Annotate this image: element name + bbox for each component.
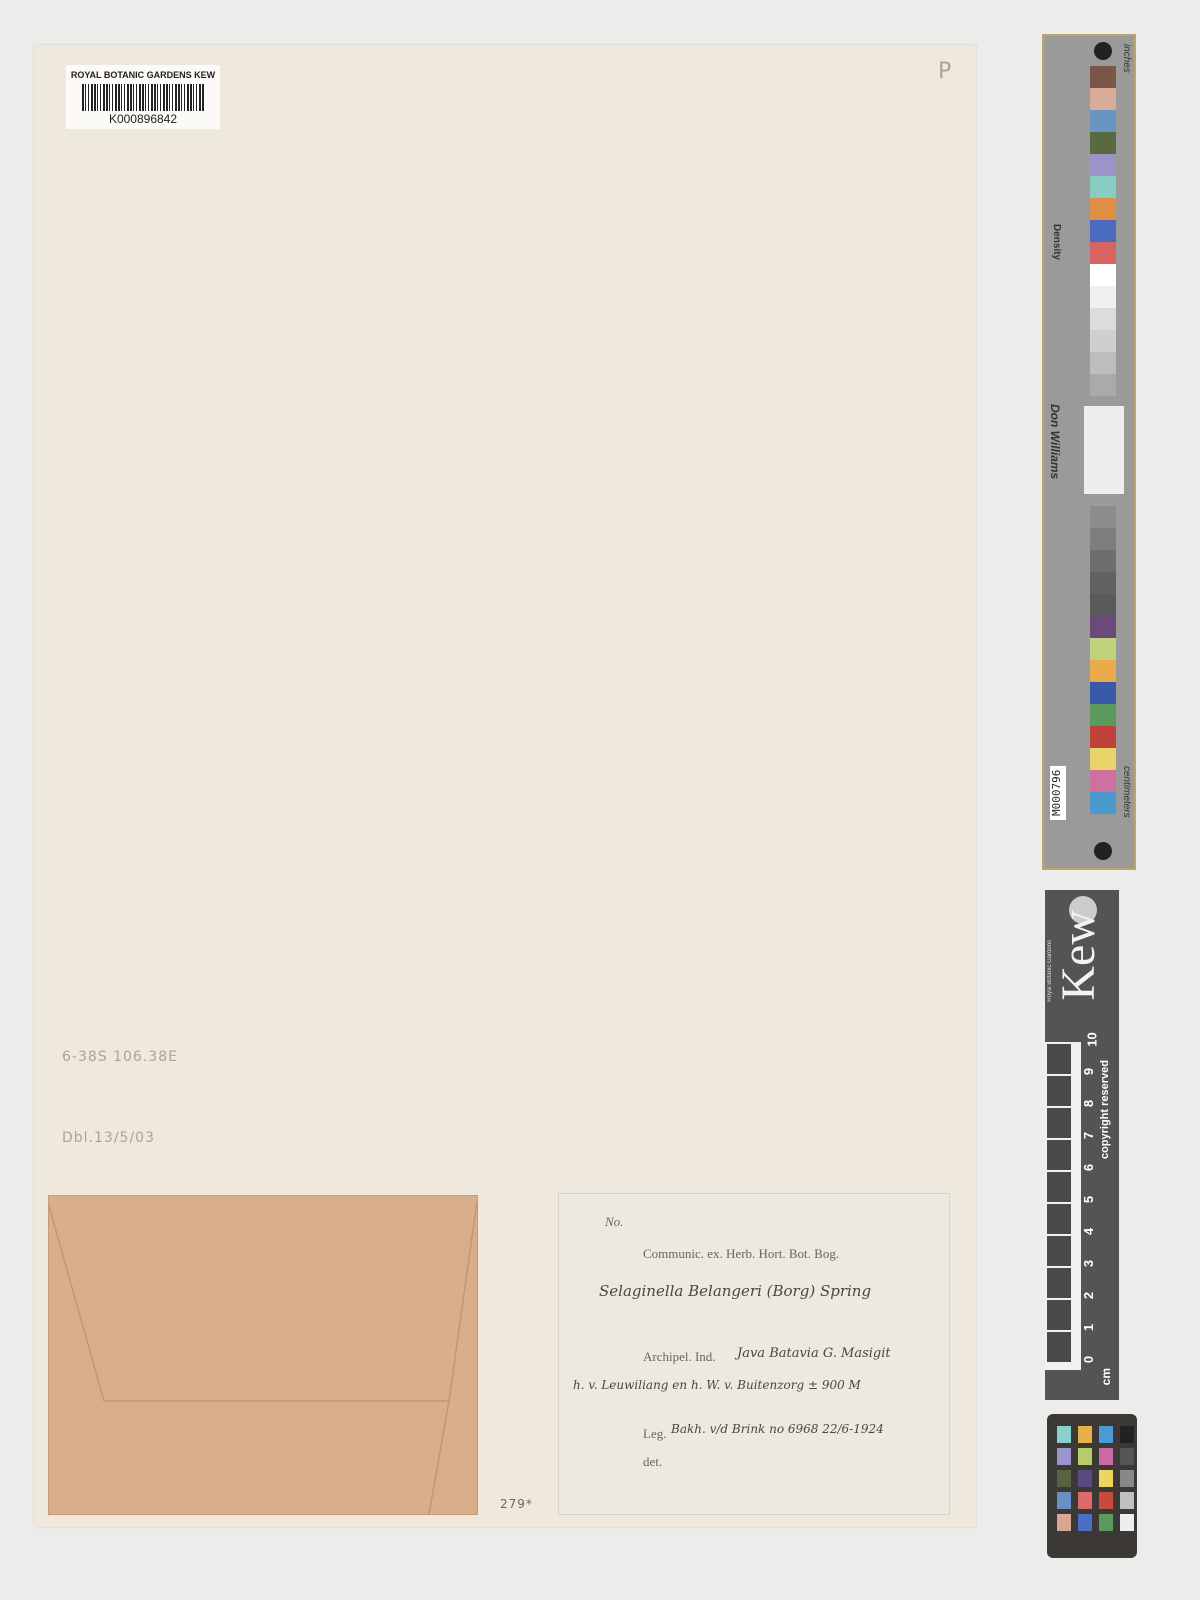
scale-segment (1047, 1140, 1071, 1170)
kew-logo: Kew (1051, 910, 1106, 1001)
checker-patch (1078, 1426, 1092, 1443)
color-swatch (1090, 660, 1116, 682)
scale-tick-label: 9 (1081, 1068, 1096, 1075)
scale-tick-label: 2 (1081, 1292, 1096, 1299)
barcode-institution: ROYAL BOTANIC GARDENS KEW (66, 70, 220, 80)
scale-tick-label: 1 (1081, 1324, 1096, 1331)
checker-patch (1078, 1470, 1092, 1487)
scale-tick-label: 6 (1081, 1164, 1096, 1171)
checker-patch (1057, 1448, 1071, 1465)
scale-tick-label: 3 (1081, 1260, 1096, 1267)
checker-patch (1078, 1448, 1092, 1465)
checker-patch (1099, 1514, 1113, 1531)
barcode-number: K000896842 (66, 112, 220, 126)
color-swatch (1090, 176, 1116, 198)
label-taxon: Selaginella Belangeri (Borg) Spring (599, 1282, 871, 1300)
chart-brand: Don Williams (1048, 404, 1062, 479)
kew-scale-bar: Royal Botanic Gardens Kew 012345678910 c… (1045, 890, 1119, 1400)
registration-dot-icon (1094, 42, 1112, 60)
color-swatch (1090, 154, 1116, 176)
color-swatch (1090, 110, 1116, 132)
scale-segment (1047, 1204, 1071, 1234)
chart-inches-label: inches (1121, 44, 1132, 73)
color-swatch (1090, 748, 1116, 770)
coordinates-note: 6-38S 106.38E (62, 1049, 178, 1065)
label-collector: Bakh. v/d Brink no 6968 22/6-1924 (671, 1422, 884, 1436)
color-swatch (1090, 242, 1116, 264)
scale-tick-label: 5 (1081, 1196, 1096, 1203)
scale-tick-label: 10 (1085, 1032, 1100, 1046)
copyright-notice: copyright reserved (1099, 1060, 1111, 1159)
cm-scale-ruler (1045, 1042, 1081, 1370)
barcode-icon (82, 84, 204, 111)
color-swatch (1090, 550, 1116, 572)
label-locality-line2: h. v. Leuwiliang en h. W. v. Buitenzorg … (573, 1378, 861, 1392)
chart-id: M000796 (1050, 766, 1066, 820)
corner-mark: P (938, 59, 952, 84)
checker-patch (1099, 1492, 1113, 1509)
color-swatch (1090, 330, 1116, 352)
color-calibration-chart: inches centimeters Density Don Williams … (1042, 34, 1136, 870)
scale-tick-label: 0 (1081, 1356, 1096, 1363)
envelope-flap-icon (49, 1196, 477, 1514)
checker-patch (1120, 1426, 1134, 1443)
chart-cm-label: centimeters (1121, 766, 1132, 818)
color-swatch (1090, 704, 1116, 726)
color-swatch (1090, 682, 1116, 704)
color-swatch (1090, 286, 1116, 308)
color-swatches-bottom (1090, 506, 1116, 814)
checker-patch (1057, 1514, 1071, 1531)
color-swatch (1090, 638, 1116, 660)
color-swatch (1090, 572, 1116, 594)
checker-patch (1078, 1492, 1092, 1509)
color-swatch (1090, 506, 1116, 528)
color-swatch (1090, 88, 1116, 110)
checker-patch (1120, 1448, 1134, 1465)
scale-segment (1047, 1076, 1071, 1106)
checker-patch (1099, 1470, 1113, 1487)
color-swatch (1090, 308, 1116, 330)
scale-segment (1047, 1172, 1071, 1202)
color-swatch (1090, 198, 1116, 220)
label-no: No. (605, 1214, 623, 1230)
color-checker-card (1047, 1414, 1137, 1558)
color-swatch (1090, 264, 1116, 286)
scale-segment (1047, 1044, 1071, 1074)
color-swatch (1090, 374, 1116, 396)
checker-patch (1120, 1470, 1134, 1487)
label-leg-prefix: Leg. (643, 1426, 666, 1442)
scale-segment (1047, 1268, 1071, 1298)
scale-tick-label: 4 (1081, 1228, 1096, 1235)
scale-segment (1047, 1300, 1071, 1330)
label-header: Communic. ex. Herb. Hort. Bot. Bog. (643, 1246, 839, 1262)
color-swatch (1090, 594, 1116, 616)
scale-segment (1047, 1332, 1071, 1362)
checker-patch (1057, 1426, 1071, 1443)
registration-dot-icon (1094, 842, 1112, 860)
color-checker-grid (1057, 1426, 1134, 1531)
color-swatch (1090, 528, 1116, 550)
color-swatches-top (1090, 66, 1116, 396)
target-graphic (1084, 406, 1124, 494)
fragment-envelope[interactable] (48, 1195, 478, 1515)
cm-unit-label: cm (1099, 1368, 1113, 1385)
date-note: Dbl.13/5/03 (62, 1130, 155, 1146)
checker-patch (1099, 1426, 1113, 1443)
checker-patch (1120, 1492, 1134, 1509)
color-swatch (1090, 352, 1116, 374)
barcode-label: ROYAL BOTANIC GARDENS KEW K000896842 (66, 65, 220, 129)
color-swatch (1090, 726, 1116, 748)
checker-patch (1078, 1514, 1092, 1531)
label-locality-line1: Java Batavia G. Masigit (737, 1346, 891, 1361)
chart-density-label: Density (1051, 224, 1062, 260)
checker-patch (1057, 1470, 1071, 1487)
scale-tick-label: 7 (1081, 1132, 1096, 1139)
label-det-prefix: det. (643, 1454, 662, 1470)
scale-segment (1047, 1108, 1071, 1138)
color-swatch (1090, 132, 1116, 154)
checker-patch (1120, 1514, 1134, 1531)
checker-patch (1099, 1448, 1113, 1465)
color-swatch (1090, 220, 1116, 242)
color-swatch (1090, 616, 1116, 638)
color-swatch (1090, 770, 1116, 792)
sheet-number-note: 279* (500, 1497, 533, 1511)
checker-patch (1057, 1492, 1071, 1509)
color-swatch (1090, 792, 1116, 814)
scale-tick-label: 8 (1081, 1100, 1096, 1107)
color-swatch (1090, 66, 1116, 88)
specimen-label: No. Communic. ex. Herb. Hort. Bot. Bog. … (558, 1193, 950, 1515)
scale-segment (1047, 1236, 1071, 1266)
label-locality-prefix: Archipel. Ind. (643, 1349, 716, 1365)
herbarium-sheet: ROYAL BOTANIC GARDENS KEW K000896842 P 6… (34, 45, 976, 1527)
